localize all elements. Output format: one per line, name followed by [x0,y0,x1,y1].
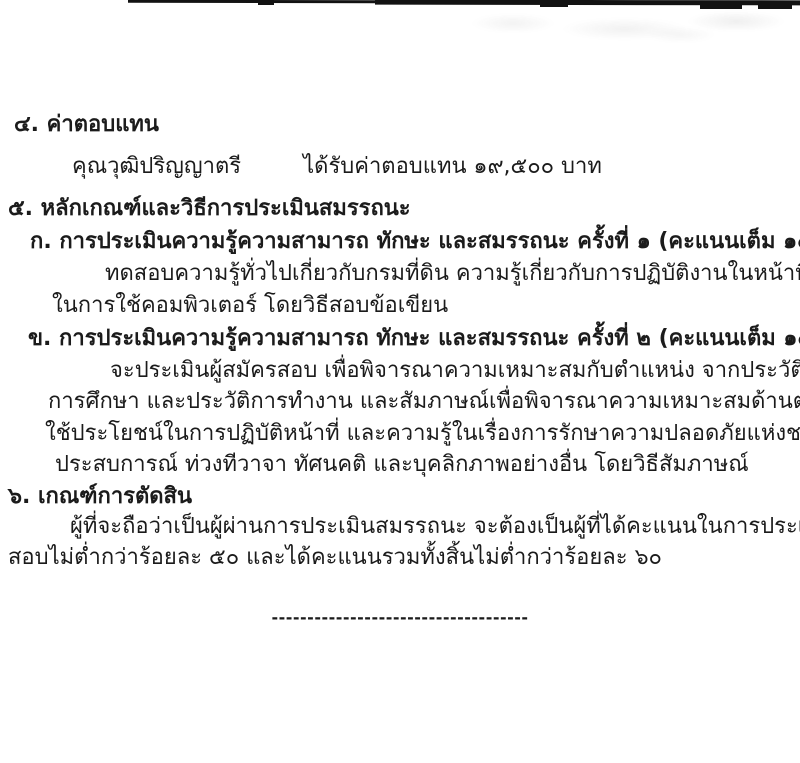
item-a-body-line1: ทดสอบความรู้ทั่วไปเกี่ยวกับกรมที่ดิน ควา… [105,259,800,289]
item-b-heading: ข. การประเมินความรู้ความสามารถ ทักษะ และ… [28,324,800,354]
scan-artifact-chip [258,0,274,5]
end-of-document-divider: ------------------------------------ [0,608,800,627]
scan-smudge [420,8,792,46]
section6-body-line1: ผู้ที่จะถือว่าเป็นผู้ผ่านการประเมินสมรรถ… [70,512,800,542]
section5-heading: ๕. หลักเกณฑ์และวิธีการประเมินสมรรถนะ [8,194,411,224]
item-b-body-line2: การศึกษา และประวัติการทำงาน และสัมภาษณ์เ… [48,387,800,417]
salary-row: คุณวุฒิปริญญาตรีได้รับค่าตอบแทน ๑๙,๕๐๐ บ… [72,152,602,182]
section4-heading: ๔. ค่าตอบแทน [14,110,159,140]
item-b-body-line1: จะประเมินผู้สมัครสอบ เพื่อพิจารณาความเหม… [110,356,800,386]
salary-qualification: คุณวุฒิปริญญาตรี [72,152,241,182]
scan-artifact-top-line-left [128,0,380,3]
item-b-body-line4: ประสบการณ์ ท่วงทีวาจา ทัศนคติ และบุคลิกภ… [55,450,749,480]
section6-heading: ๖. เกณฑ์การตัดสิน [8,482,192,512]
item-a-body-line2: ในการใช้คอมพิวเตอร์ โดยวิธีสอบข้อเขียน [52,291,448,321]
section6-body-line2: สอบไม่ต่ำกว่าร้อยละ ๕๐ และได้คะแนนรวมทั้… [8,543,662,573]
item-b-body-line3: ใช้ประโยชน์ในการปฏิบัติหน้าที่ และความรู… [45,419,800,449]
scan-artifact-chip [540,3,568,7]
item-a-heading: ก. การประเมินความรู้ความสามารถ ทักษะ และ… [30,227,800,257]
document-page: ๔. ค่าตอบแทน คุณวุฒิปริญญาตรีได้รับค่าตอ… [0,0,800,763]
salary-amount: ได้รับค่าตอบแทน ๑๙,๕๐๐ บาท [303,152,602,182]
